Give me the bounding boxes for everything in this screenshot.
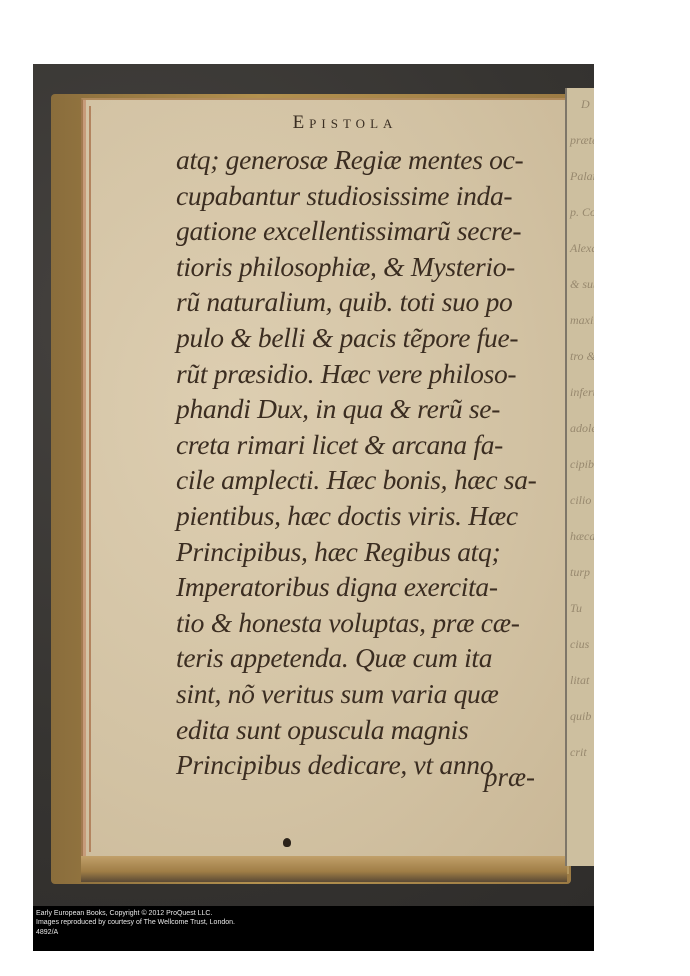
- text-line: creta rimari licet & arcana fa-: [176, 427, 536, 463]
- text-line: tio & honesta voluptas, præ cæ-: [176, 605, 536, 641]
- text-line: Principibus, hæc Regibus atq;: [176, 534, 536, 570]
- facing-page-fragment: Alexan: [570, 242, 594, 254]
- facing-page-fragment: & subi: [570, 278, 594, 290]
- facing-page-fragment: Palam: [570, 170, 594, 182]
- text-line: atq; generosæ Regiæ mentes oc-: [176, 142, 536, 178]
- text-line: phandi Dux, in qua & rerũ se-: [176, 391, 536, 427]
- facing-page-fragment: infert: [570, 386, 594, 398]
- facing-page-fragment: litat: [570, 674, 589, 686]
- facing-page-edge: D prætera Palam p. Cosf Alexan & subi ma…: [565, 88, 594, 866]
- text-line: pulo & belli & pacis tẽpore fue-: [176, 320, 536, 356]
- facing-page-fragment: adoles: [570, 422, 594, 434]
- facing-page-fragment: prætera: [570, 134, 594, 146]
- body-text: atq; generosæ Regiæ mentes oc- cupabantu…: [176, 142, 536, 783]
- text-line: teris appetenda. Quæ cum ita: [176, 640, 536, 676]
- copyright-footer: Early European Books, Copyright © 2012 P…: [33, 906, 594, 951]
- facing-page-fragment: cius: [570, 638, 589, 650]
- page-edge-rule: [89, 106, 91, 852]
- text-line: cile amplecti. Hæc bonis, hæc sa-: [176, 462, 536, 498]
- text-line: cupabantur studiosissime inda-: [176, 178, 536, 214]
- footer-courtesy-line: Images reproduced by courtesy of The Wel…: [36, 918, 594, 927]
- facing-page-fragment: turp: [570, 566, 590, 578]
- footer-copyright-line: Early European Books, Copyright © 2012 P…: [36, 909, 594, 918]
- catchword: præ-: [484, 762, 535, 793]
- facing-page-fragment: crit: [570, 746, 587, 758]
- page-bottom-edge: [81, 856, 567, 882]
- text-line: Principibus dedicare, vt anno: [176, 747, 536, 783]
- dot-ornament-icon: [283, 838, 291, 847]
- facing-page-fragment: D: [581, 98, 590, 110]
- footer-shelfmark: 4892/A: [36, 928, 594, 937]
- facing-page-fragment: Tu: [570, 602, 582, 614]
- facing-page-fragment: cipibu: [570, 458, 594, 470]
- text-line: sint, nõ veritus sum varia quæ: [176, 676, 536, 712]
- facing-page-fragment: maxim: [570, 314, 594, 326]
- text-line: rũ naturalium, quib. toti suo po: [176, 284, 536, 320]
- text-line: gatione excellentissimarũ secre-: [176, 213, 536, 249]
- text-line: edita sunt opuscula magnis: [176, 712, 536, 748]
- text-line: tioris philosophiæ, & Mysterio-: [176, 249, 536, 285]
- text-line: pientibus, hæc doctis viris. Hæc: [176, 498, 536, 534]
- text-line: Imperatoribus digna exercita-: [176, 569, 536, 605]
- facing-page-fragment: p. Cosf: [570, 206, 594, 218]
- text-line: rũt præsidio. Hæc vere philoso-: [176, 356, 536, 392]
- running-head: Epistola: [0, 112, 690, 134]
- facing-page-fragment: hæca: [570, 530, 594, 542]
- facing-page-fragment: tro &: [570, 350, 594, 362]
- facing-page-fragment: quib: [570, 710, 591, 722]
- facing-page-fragment: cilio: [570, 494, 591, 506]
